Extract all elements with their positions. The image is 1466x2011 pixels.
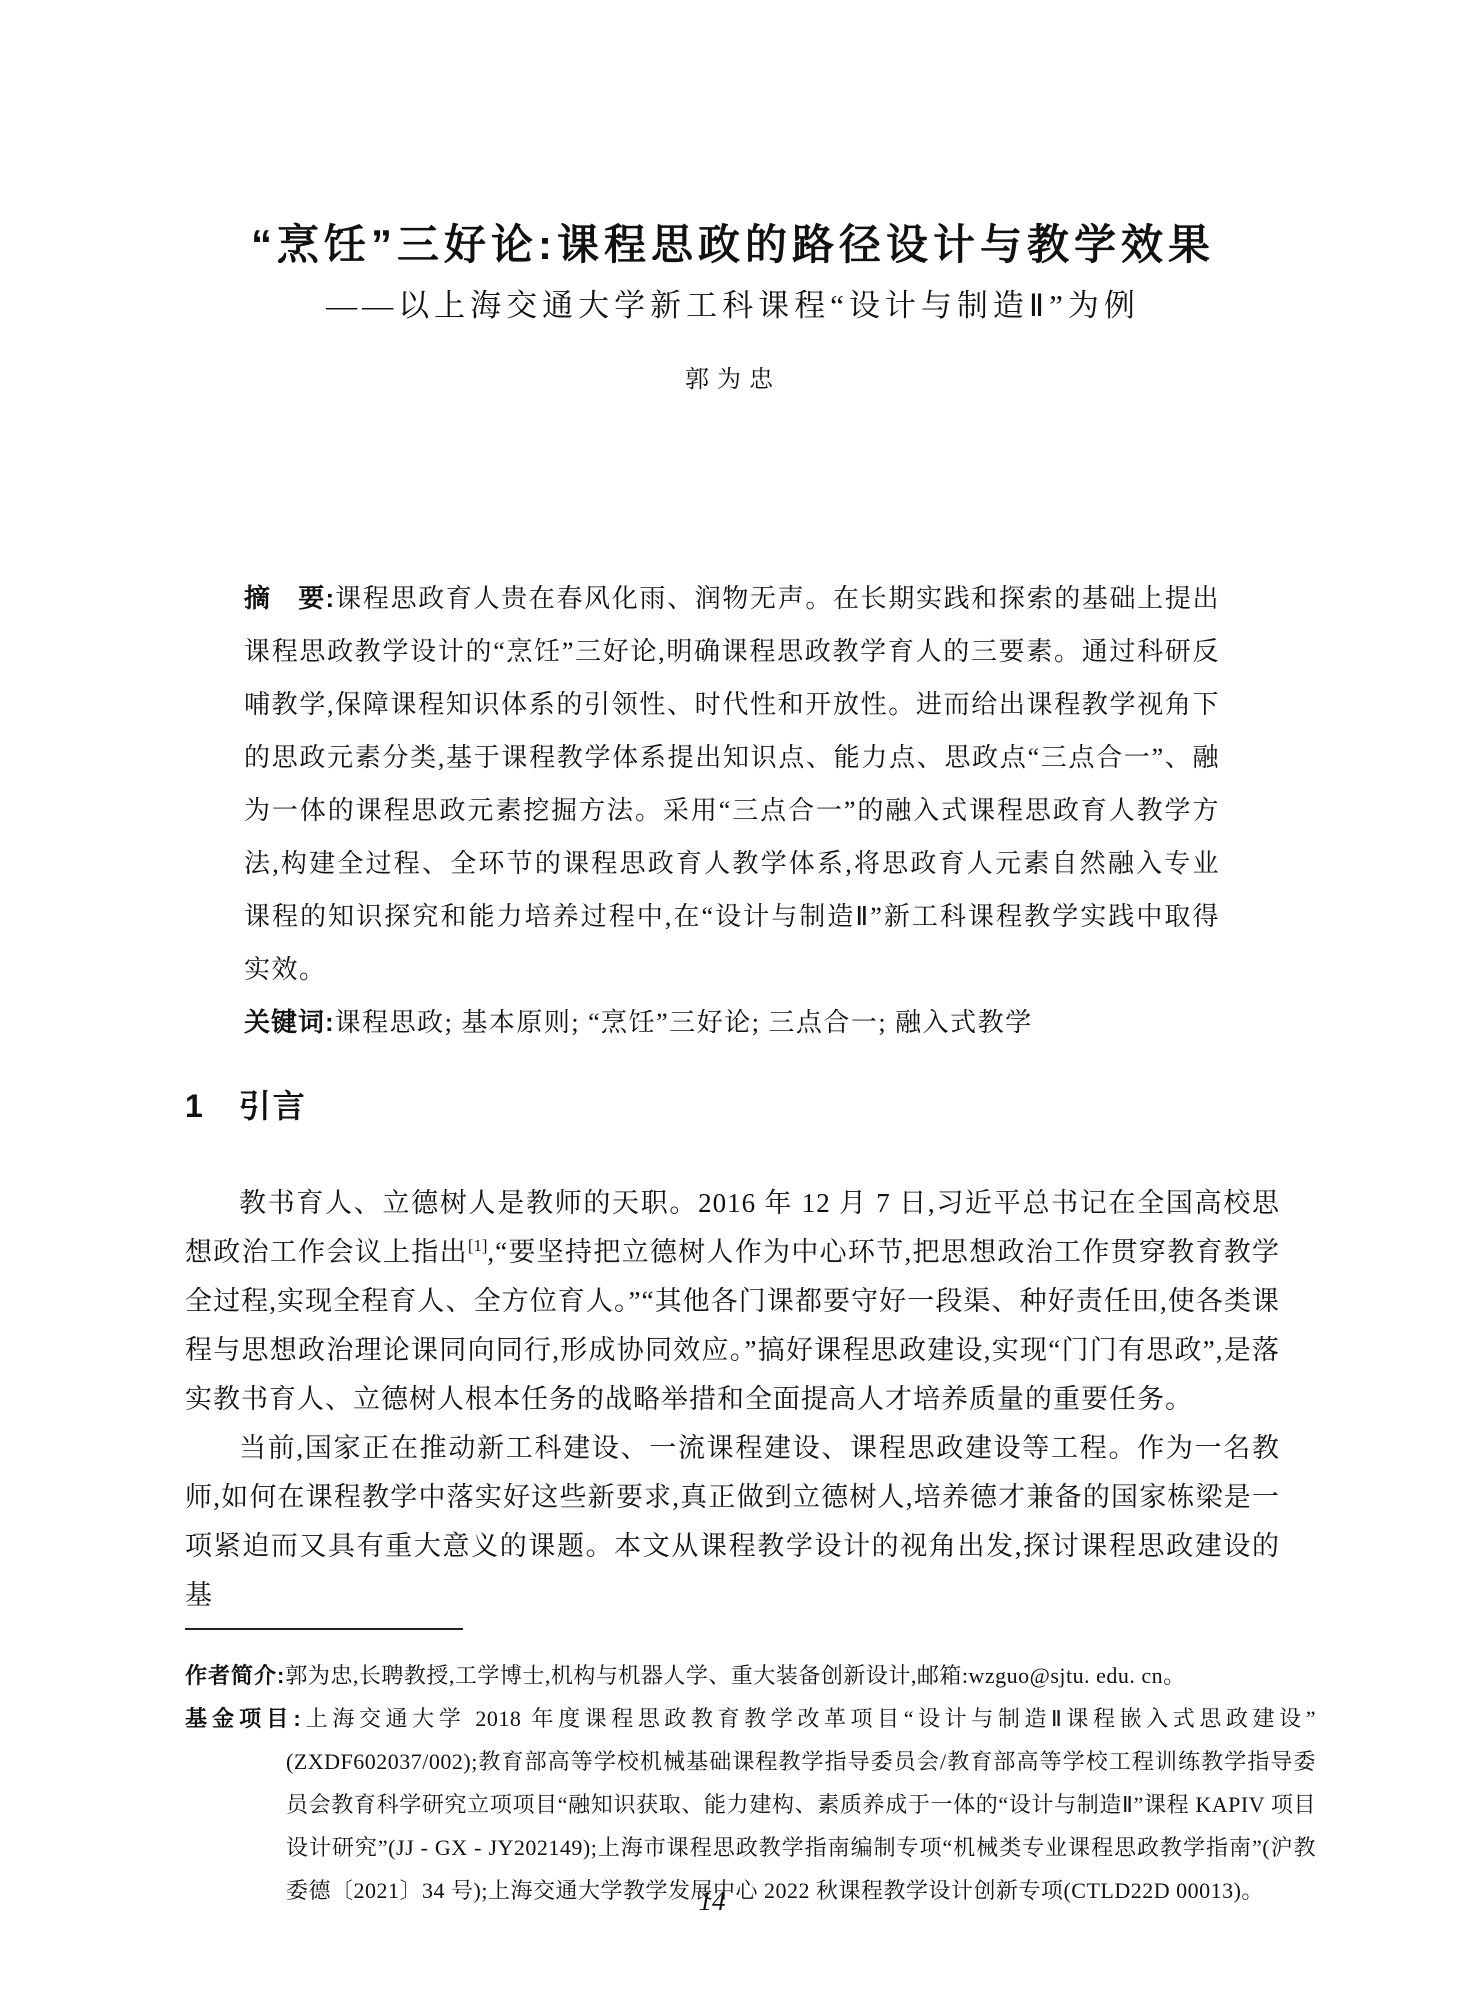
keywords-label: 关键词: [244,1007,335,1037]
paper-page: “烹饪”三好论:课程思政的路径设计与教学效果 ——以上海交通大学新工科课程“设计… [0,0,1466,2011]
keywords-text: 课程思政; 基本原则; “烹饪”三好论; 三点合一; 融入式教学 [335,1008,1033,1037]
page-number: 14 [0,1884,1466,1918]
paragraph-1: 教书育人、立德树人是教师的天职。2016 年 12 月 7 日,习近平总书记在全… [185,1179,1280,1424]
footnote-funding: 基金项目:上海交通大学 2018 年度课程思政教育教学改革项目“设计与制造Ⅱ课程… [185,1697,1316,1912]
footnote-funding-text: 上海交通大学 2018 年度课程思政教育教学改革项目“设计与制造Ⅱ课程嵌入式思政… [286,1706,1316,1903]
footnotes-block: 作者简介:郭为忠,长聘教授,工学博士,机构与机器人学、重大装备创新设计,邮箱:w… [185,1654,1316,1912]
footnote-author-text: 郭为忠,长聘教授,工学博士,机构与机器人学、重大装备创新设计,邮箱:wzguo@… [285,1663,1185,1688]
footnote-author-bio: 作者简介:郭为忠,长聘教授,工学博士,机构与机器人学、重大装备创新设计,邮箱:w… [185,1654,1316,1697]
abstract-block: 摘 要:课程思政育人贵在春风化雨、润物无声。在长期实践和探索的基础上提出课程思政… [244,572,1220,1049]
paper-subtitle: ——以上海交通大学新工科课程“设计与制造Ⅱ”为例 [120,284,1346,328]
author-name: 郭为忠 [0,362,1466,398]
abstract-label: 摘 要: [244,583,335,613]
citation-ref-1: [1] [468,1236,488,1255]
abstract-text: 课程思政育人贵在春风化雨、润物无声。在长期实践和探索的基础上提出课程思政教学设计… [244,584,1220,984]
keywords-paragraph: 关键词:课程思政; 基本原则; “烹饪”三好论; 三点合一; 融入式教学 [244,996,1220,1049]
abstract-paragraph: 摘 要:课程思政育人贵在春风化雨、润物无声。在长期实践和探索的基础上提出课程思政… [244,572,1220,996]
section-heading: 1 引言 [185,1083,1280,1129]
footnote-separator [185,1628,463,1630]
paper-title: “烹饪”三好论:课程思政的路径设计与教学效果 [100,218,1366,272]
body-text: 教书育人、立德树人是教师的天职。2016 年 12 月 7 日,习近平总书记在全… [185,1179,1280,1620]
footnote-author-label: 作者简介: [185,1663,285,1688]
paragraph-2: 当前,国家正在推动新工科建设、一流课程建设、课程思政建设等工程。作为一名教师,如… [185,1424,1280,1620]
footnote-funding-label: 基金项目: [185,1706,302,1731]
